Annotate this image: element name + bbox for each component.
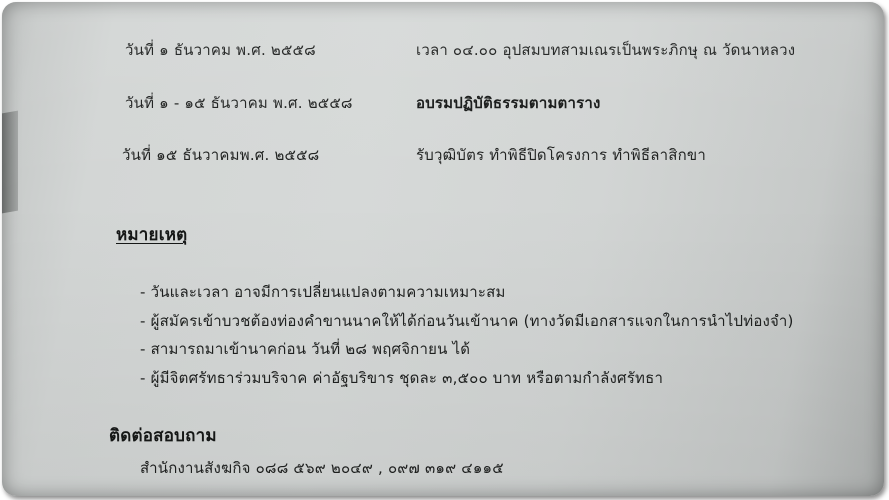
note-item-2: - ผู้สมัครเข้าบวชต้องท่องคำขานนาคให้ได้ก… bbox=[140, 309, 794, 333]
schedule-activity-1: เวลา ๐๔.๐๐ อุปสมบทสามเณรเป็นพระภิกษุ ณ ว… bbox=[416, 38, 795, 62]
schedule-date-1: วันที่ ๑ ธันวาคม พ.ศ. ๒๕๕๘ bbox=[125, 38, 316, 62]
note-item-4: - ผู้มีจิตศรัทธาร่วมบริจาค ค่าอัฐบริขาร … bbox=[140, 366, 663, 390]
note-item-3: - สามารถมาเข้านาคก่อน วันที่ ๒๘ พฤศจิกาย… bbox=[140, 337, 470, 361]
schedule-activity-2: อบรมปฏิบัติธรรมตามตาราง bbox=[416, 91, 601, 115]
notes-heading: หมายเหตุ bbox=[116, 221, 187, 248]
document-photo: วันที่ ๑ ธันวาคม พ.ศ. ๒๕๕๘ เวลา ๐๔.๐๐ อุ… bbox=[2, 2, 884, 496]
schedule-activity-3: รับวุฒิบัตร ทำพิธีปิดโครงการ ทำพิธีลาสิก… bbox=[416, 143, 706, 167]
page-edge-shadow bbox=[2, 111, 18, 214]
schedule-date-2: วันที่ ๑ - ๑๕ ธันวาคม พ.ศ. ๒๕๕๘ bbox=[125, 91, 353, 115]
schedule-date-3: วันที่ ๑๕ ธันวาคมพ.ศ. ๒๕๕๘ bbox=[122, 143, 319, 167]
note-item-1: - วันและเวลา อาจมีการเปลี่ยนแปลงตามความเ… bbox=[140, 280, 506, 304]
contact-heading: ติดต่อสอบถาม bbox=[109, 422, 217, 449]
contact-line: สำนักงานสังฆกิจ ๐๘๘ ๕๖๙ ๒๐๔๙ , ๐๙๗ ๓๑๙ ๔… bbox=[140, 456, 504, 480]
photo-frame: วันที่ ๑ ธันวาคม พ.ศ. ๒๕๕๘ เวลา ๐๔.๐๐ อุ… bbox=[0, 0, 889, 500]
